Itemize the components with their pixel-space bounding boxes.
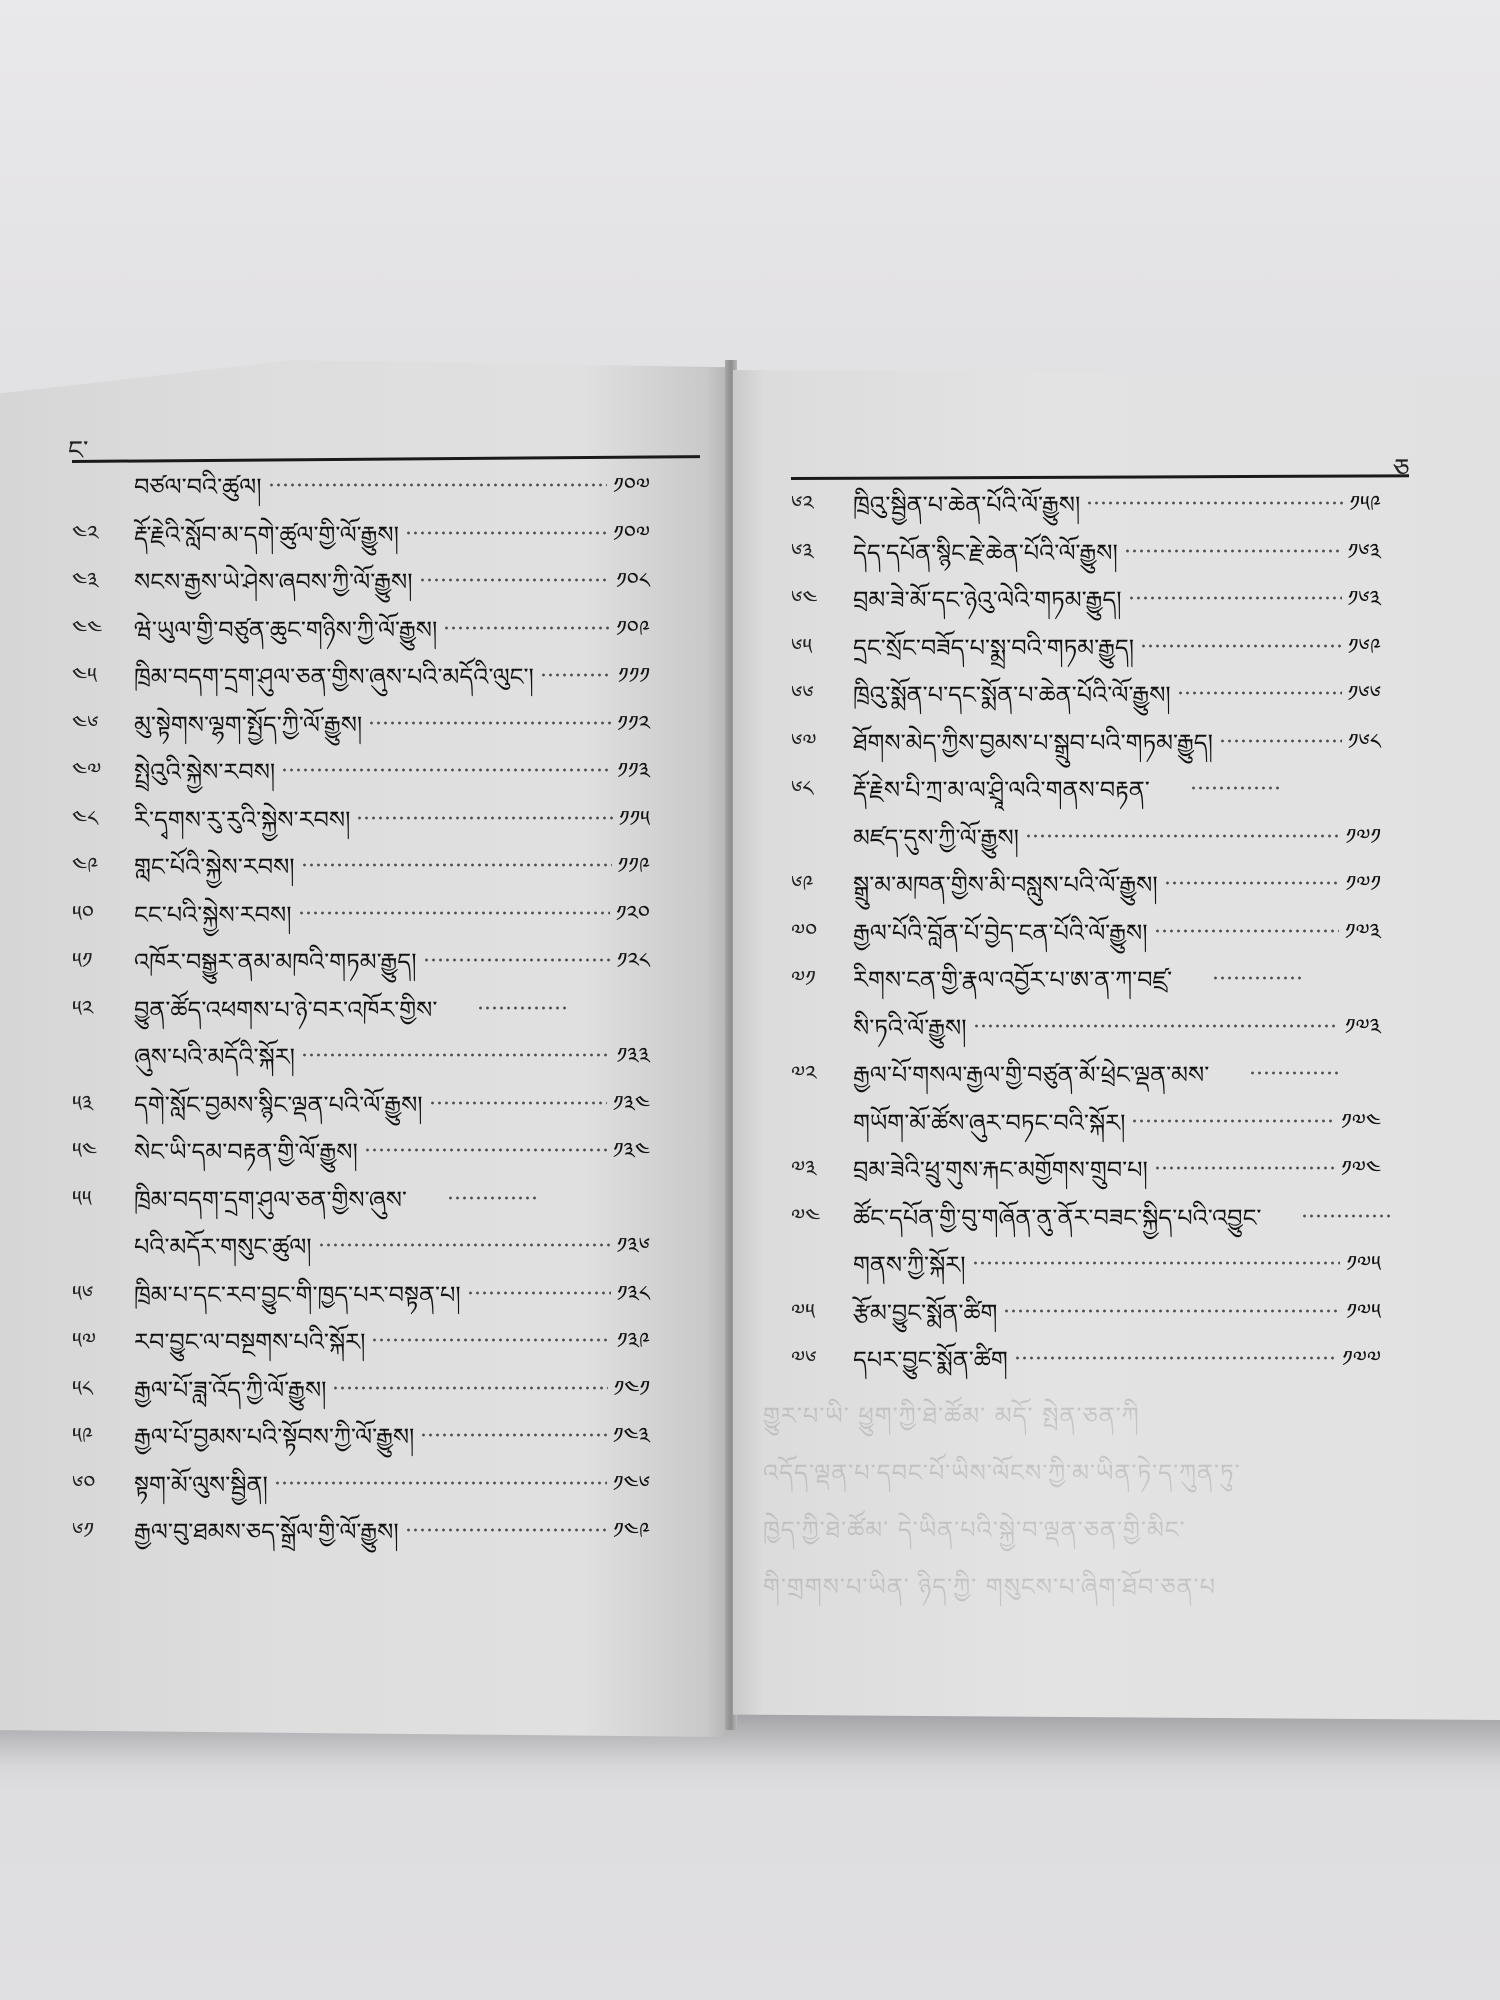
entry-title: གནས་ཀྱི་སྐོར། [853, 1242, 966, 1288]
dot-leader [1131, 1119, 1335, 1123]
entry-page-number: ༡༧༤ [1341, 1147, 1381, 1193]
entry-title: ཐོགས་མེད་ཀྱིས་བྱམས་པ་སྒྲུབ་པའི་གཏམ་རྒྱུད… [853, 720, 1213, 766]
entry-title: ཝེ་ཡུལ་གྱི་བཙུན་ཆུང་གཉིས་ཀྱི་ལོ་རྒྱུས། [134, 607, 437, 653]
entry-page-number: ༡༣༤ [613, 1082, 650, 1128]
entry-number: ༦༧ [791, 720, 853, 766]
dot-leader [371, 1338, 610, 1342]
entry-title: རྒྱལ་པོ་ཟླ་འོད་ཀྱི་ལོ་རྒྱུས། [134, 1367, 326, 1413]
toc-entry[interactable]: ༦༥ དྲང་སྲོང་བཟོད་པ་སྨྲ་བའི་གཏམ་རྒྱུད། ༡༦… [791, 625, 1381, 671]
dot-leader [972, 1261, 1341, 1265]
dot-leader [1128, 596, 1342, 600]
toc-entry[interactable]: ༦༢ ཁྲིའུ་སྦྱིན་པ་ཆེན་པོའི་ལོ་རྒྱུས། ༡༥༩ [791, 482, 1381, 528]
entry-page-number: ༡༥༩ [1349, 482, 1381, 528]
dot-leader [301, 863, 612, 867]
entry-page-number: ༡༣༤ [613, 1129, 650, 1175]
entry-title: སྤྲེའུའི་སྐྱེས་རབས། [134, 749, 275, 795]
entry-title: འཁོར་བསྒྱུར་ནམ་མཁའི་གཏམ་རྒྱུད། [134, 939, 417, 985]
entry-page-number: ༡༦༩ [1348, 625, 1381, 671]
entry-page-number: ༡༤༦ [613, 1462, 650, 1508]
entry-number: ༦༦ [791, 672, 853, 718]
entry-title: བཙལ་བའི་ཚུལ། [134, 464, 262, 510]
entry-page-number: ༡༣༦ [617, 1224, 650, 1270]
entry-page-number: ༡༡༩ [618, 844, 650, 890]
entry-page-number: ༡༧༥ [1346, 1290, 1381, 1336]
toc-entry[interactable]: ༥༡ འཁོར་བསྒྱུར་ནམ་མཁའི་གཏམ་རྒྱུད། ༡༢༨ [72, 939, 650, 985]
toc-entry[interactable]: གཡོག་མོ་ཚོས་ཞུར་བཏང་བའི་སྐོར། ༡༧༤ [791, 1100, 1381, 1146]
entry-title: སངས་རྒྱས་ཡེ་ཤེས་ཞབས་ཀྱི་ལོ་རྒྱུས། [134, 559, 413, 605]
entry-number: ༦༡ [72, 1509, 134, 1555]
entry-title: རྒྱལ་པོ་བྱམས་པའི་སྟོབས་ཀྱི་ལོ་རྒྱུས། [134, 1414, 414, 1460]
toc-entry[interactable]: པའི་མདོར་གསུང་ཚུལ། ༡༣༦ [72, 1224, 650, 1270]
entry-page-number: ༡༡༢ [617, 702, 650, 748]
dot-leader [1164, 881, 1340, 885]
entry-title: སྟག་མོ་ལུས་སྦྱིན། [134, 1462, 268, 1508]
dot-leader [419, 578, 611, 582]
toc-entry[interactable]: ༧༣ བྲམ་ཟེའི་ཕྲུ་གུས་རྐང་མགྱོགས་གྲུབ་པ། ༡… [791, 1147, 1381, 1193]
entry-number: ༥༡ [72, 939, 134, 985]
entry-title: དྲང་སྲོང་བཟོད་པ་སྨྲ་བའི་གཏམ་རྒྱུད། [853, 625, 1134, 671]
entry-page-number: ༡༤༡ [614, 1367, 650, 1413]
entry-number: ༦༩ [791, 862, 853, 908]
entry-title: ཞུས་པའི་མདོའི་སྐོར། [134, 1034, 295, 1080]
toc-entry[interactable]: ༥༦ ཁྲིམ་པ་དང་རབ་བྱུང་གི་ཁྱད་པར་བསྟན་པ། ༡… [72, 1272, 650, 1318]
entry-page-number: ༡༣༩ [617, 1319, 650, 1365]
entry-title: རྒྱལ་པོ་གསལ་རྒྱལ་གྱི་བཙུན་མོ་ཕྲེང་ལྡན་མས… [853, 1052, 1209, 1098]
table-of-contents-right: ༦༢ ཁྲིའུ་སྦྱིན་པ་ཆེན་པོའི་ལོ་རྒྱུས། ༡༥༩ … [791, 478, 1381, 1378]
dot-leader [1177, 691, 1342, 695]
entry-title: ངང་པའི་སྐྱེས་རབས། [134, 892, 292, 938]
entry-title: མུ་སྟེགས་ལྷག་སྤྱོད་ཀྱི་ལོ་རྒྱུས། [134, 702, 362, 748]
toc-entry[interactable]: ༧༠ རྒྱལ་པོའི་བློན་པོ་བྱེད་ངན་པོའི་ལོ་རྒྱ… [791, 910, 1381, 956]
entry-number: ༥༦ [72, 1272, 134, 1318]
entry-page-number: ༡༢༨ [617, 939, 650, 985]
dot-leader [1025, 834, 1340, 838]
entry-page-number: ༡༧༡ [1346, 862, 1381, 908]
entry-page-number: ༡༦༦ [1348, 672, 1381, 718]
entry-number: ༥༢ [72, 987, 134, 1033]
toc-entry[interactable]: ༥༢ བྱུན་ཚོད་འཕགས་པ་ཉེ་བར་འཁོར་གྱིས་ [72, 987, 650, 1033]
entry-number: ༥༨ [72, 1367, 134, 1413]
entry-title: ཚོང་དཔོན་གྱི་བུ་གཞོན་ནུ་ནོར་བཟང་སྐྱིད་པའ… [853, 1195, 1261, 1241]
table-of-contents-left: བཙལ་བའི་ཚུལ། ༡༠༧ ༤༢ རྡོ་རྗེའི་སློབ་མ་དགེ… [72, 460, 650, 1600]
entry-number: ༧༤ [791, 1195, 853, 1241]
entry-number: ༥༧ [72, 1319, 134, 1365]
entry-number: ༧༦ [791, 1337, 853, 1383]
entry-page-number: ༡༠༧ [613, 512, 650, 558]
entry-title: དགེ་སློང་བྱམས་སྙིང་ལྡན་པའི་ལོ་རྒྱུས། [134, 1082, 423, 1128]
dot-leader [1086, 501, 1343, 505]
entry-number: ༤༧ [72, 749, 134, 795]
dot-leader [540, 673, 612, 677]
toc-entry[interactable]: ༦༠ སྟག་མོ་ལུས་སྦྱིན། ༡༤༦ [72, 1462, 650, 1508]
entry-title: ཁྲིམ་པ་དང་རབ་བྱུང་གི་ཁྱད་པར་བསྟན་པ། [134, 1272, 461, 1318]
entry-number: ༦༠ [72, 1462, 134, 1508]
entry-page-number: ༡༠༨ [616, 559, 650, 605]
dot-leader [405, 531, 607, 535]
entry-number: ༥༩ [72, 1414, 134, 1460]
entry-title: བྱུན་ཚོད་འཕགས་པ་ཉེ་བར་འཁོར་གྱིས་ [134, 987, 437, 1033]
entry-number: ༥༣ [72, 1082, 134, 1128]
entry-title: རབ་བྱུང་ལ་བསྔགས་པའི་སྐོར། [134, 1319, 365, 1365]
entry-page-number: ༡༣༨ [617, 1272, 650, 1318]
entry-page-number: ༡༠༧ [613, 464, 650, 510]
toc-entry[interactable]: གནས་ཀྱི་སྐོར། ༡༧༥ [791, 1242, 1381, 1288]
toc-entry[interactable]: ༦༣ དེད་དཔོན་སྙིང་རྗེ་ཆེན་པོའི་ལོ་རྒྱུས། … [791, 530, 1381, 576]
entry-title: རྡོ་རྗེའི་སློབ་མ་དགེ་ཚུལ་གྱི་ལོ་རྒྱུས། [134, 512, 399, 558]
dot-leader [332, 1386, 607, 1390]
entry-page-number: ༡༧༧ [1342, 1337, 1381, 1383]
entry-title: རྒྱལ་བུ་ཐམས་ཅད་སྒྲོལ་གྱི་ལོ་རྒྱུས། [134, 1509, 399, 1555]
entry-page-number: ༡༧༣ [1345, 910, 1381, 956]
entry-page-number: ༡༧༣ [1345, 1005, 1381, 1051]
entry-number: ༤༤ [72, 607, 134, 653]
entry-number: ༤༣ [72, 559, 134, 605]
toc-entry[interactable]: ༥༨ རྒྱལ་པོ་ཟླ་འོད་ཀྱི་ལོ་རྒྱུས། ༡༤༡ [72, 1367, 650, 1413]
entry-title: སྒྲུ་མ་མཁན་གྱིས་མི་བསླུས་པའི་ལོ་རྒྱུས། [853, 862, 1158, 908]
dot-leader [1212, 976, 1302, 980]
entry-page-number: ༡༤༣ [613, 1414, 650, 1460]
dot-leader [1154, 929, 1339, 933]
entry-title: དེད་དཔོན་སྙིང་རྗེ་ཆེན་པོའི་ལོ་རྒྱུས། [853, 530, 1118, 576]
entry-page-number: ༡༦༨ [1348, 720, 1381, 766]
entry-title: མཛད་དུས་ཀྱི་ལོ་རྒྱུས། [853, 815, 1019, 861]
dot-leader [477, 1006, 567, 1010]
entry-number: ༧༢ [791, 1052, 853, 1098]
entry-page-number: ༡༦༣ [1348, 577, 1381, 623]
entry-number: ༧༠ [791, 910, 853, 956]
entry-number: ༦༤ [791, 577, 853, 623]
toc-entry[interactable]: སི་ཏའི་ལོ་རྒྱུས། ༡༧༣ [791, 1005, 1381, 1051]
toc-entry[interactable]: ༦༨ རྡོ་རྗེས་པི་ཀྲ་མ་ལ་ཤྲཱི་ལའི་གནས་བརྟན་ [791, 767, 1381, 813]
toc-entry[interactable]: ༤༩ གླང་པོའི་སྐྱེས་རབས། ༡༡༩ [72, 844, 650, 890]
toc-entry[interactable]: ༧༥ རྩོམ་བྱུང་སྨོན་ཚིག ༡༧༥ [791, 1290, 1381, 1336]
entry-title: བྲམ་ཟེའི་ཕྲུ་གུས་རྐང་མགྱོགས་གྲུབ་པ། [853, 1147, 1148, 1193]
toc-entry[interactable]: ༧༤ ཚོང་དཔོན་གྱི་བུ་གཞོན་ནུ་ནོར་བཟང་སྐྱིད… [791, 1195, 1381, 1241]
entry-title: པའི་མདོར་གསུང་ཚུལ། [134, 1224, 312, 1270]
toc-entry[interactable]: ༥༧ རབ་བྱུང་ལ་བསྔགས་པའི་སྐོར། ༡༣༩ [72, 1319, 650, 1365]
dot-leader [1140, 644, 1342, 648]
dot-leader [1124, 549, 1342, 553]
dot-leader [405, 1528, 607, 1532]
toc-entry[interactable]: ༤༧ སྤྲེའུའི་སྐྱེས་རབས། ༡༡༣ [72, 749, 650, 795]
entry-number: ༤༢ [72, 512, 134, 558]
entry-page-number: ༡༡༡ [618, 654, 650, 700]
toc-entry[interactable]: ༥༩ རྒྱལ་པོ་བྱམས་པའི་སྟོབས་ཀྱི་ལོ་རྒྱུས། … [72, 1414, 650, 1460]
toc-entry[interactable]: ༦༩ སྒྲུ་མ་མཁན་གྱིས་མི་བསླུས་པའི་ལོ་རྒྱུས… [791, 862, 1381, 908]
entry-page-number: ༡༧༥ [1346, 1242, 1381, 1288]
entry-number: ༧༡ [791, 957, 853, 1003]
dot-leader [1014, 1356, 1336, 1360]
entry-number: ༦༨ [791, 767, 853, 813]
toc-entry[interactable]: བཙལ་བའི་ཚུལ། ༡༠༧ [72, 464, 650, 510]
dot-leader [467, 1291, 611, 1295]
dot-leader [1190, 786, 1280, 790]
dot-leader [973, 1024, 1339, 1028]
entry-number: ༤༦ [72, 702, 134, 748]
entry-page-number: ༡༣༣ [617, 1034, 650, 1080]
entry-page-number: ༡༦༣ [1348, 530, 1381, 576]
toc-entry[interactable]: ༤༢ རྡོ་རྗེའི་སློབ་མ་དགེ་ཚུལ་གྱི་ལོ་རྒྱུས… [72, 512, 650, 558]
toc-entry[interactable]: ༥༠ ངང་པའི་སྐྱེས་རབས། ༡༢༠ [72, 892, 650, 938]
entry-title: ཁྲིམ་བདག་དྲག་ཤུལ་ཅན་གྱིས་ཞུས་ [134, 1177, 407, 1223]
left-page: ང་ བཙལ་བའི་ཚུལ། ༡༠༧ ༤༢ རྡོ་རྗེའི་སློབ་མ་… [0, 352, 728, 1737]
right-page: ཅ ༦༢ ཁྲིའུ་སྦྱིན་པ་ཆེན་པོའི་ལོ་རྒྱུས། ༡༥… [733, 370, 1500, 1720]
entry-page-number: ༡༡༣ [617, 749, 650, 795]
entry-title: གཡོག་མོ་ཚོས་ཞུར་བཏང་བའི་སྐོར། [853, 1100, 1125, 1146]
toc-entry[interactable]: ༤༥ ཁྲིམ་བདག་དྲག་ཤུལ་ཅན་གྱིས་ཞུས་པའི་མདོའ… [72, 654, 650, 700]
entry-number: ༥༤ [72, 1129, 134, 1175]
toc-entry[interactable]: ༧༡ རིགས་ངན་གྱི་རྣལ་འབྱོར་པ་ཨ་ན་ཀ་བཛྲ་ [791, 957, 1381, 1003]
entry-title: སི་ཏའི་ལོ་རྒྱུས། [853, 1005, 967, 1051]
toc-entry[interactable]: ༤༦ མུ་སྟེགས་ལྷག་སྤྱོད་ཀྱི་ལོ་རྒྱུས། ༡༡༢ [72, 702, 650, 748]
dot-leader [268, 483, 608, 487]
entry-title: སེང་ཡི་དམ་བརྟན་གྱི་ལོ་རྒྱུས། [134, 1129, 358, 1175]
entry-number: ༦༢ [791, 482, 853, 528]
dot-leader [1003, 1309, 1340, 1313]
toc-entry[interactable]: ༧༢ རྒྱལ་པོ་གསལ་རྒྱལ་གྱི་བཙུན་མོ་ཕྲེང་ལྡན… [791, 1052, 1381, 1098]
entry-page-number: ༡༧༤ [1341, 1100, 1381, 1146]
toc-entry[interactable]: ཞུས་པའི་མདོའི་སྐོར། ༡༣༣ [72, 1034, 650, 1080]
entry-title: དཔར་བྱུང་སྨོན་ཚིག [853, 1337, 1008, 1383]
dot-leader [281, 768, 611, 772]
entry-title: རྡོ་རྗེས་པི་ཀྲ་མ་ལ་ཤྲཱི་ལའི་གནས་བརྟན་ [853, 767, 1150, 813]
dot-leader [368, 721, 611, 725]
toc-entry[interactable]: ༥༥ ཁྲིམ་བདག་དྲག་ཤུལ་ཅན་གྱིས་ཞུས་ [72, 1177, 650, 1223]
dot-leader [364, 1148, 607, 1152]
dot-leader [301, 1053, 611, 1057]
dot-leader [1154, 1166, 1335, 1170]
entry-title: རི་དྭགས་རུ་རུའི་སྐྱེས་རབས། [134, 797, 350, 843]
dot-leader [298, 911, 610, 915]
dot-leader [423, 958, 611, 962]
dot-leader [1249, 1071, 1339, 1075]
toc-entry[interactable]: ༦༡ རྒྱལ་བུ་ཐམས་ཅད་སྒྲོལ་གྱི་ལོ་རྒྱུས། ༡༤… [72, 1509, 650, 1555]
entry-title: གླང་པོའི་སྐྱེས་རབས། [134, 844, 295, 890]
dot-leader [356, 816, 612, 820]
toc-entry[interactable]: ༦༧ ཐོགས་མེད་ཀྱིས་བྱམས་པ་སྒྲུབ་པའི་གཏམ་རྒ… [791, 720, 1381, 766]
toc-entry[interactable]: ༤༣ སངས་རྒྱས་ཡེ་ཤེས་ཞབས་ཀྱི་ལོ་རྒྱུས། ༡༠༨ [72, 559, 650, 605]
dot-leader [274, 1481, 607, 1485]
dot-leader [1301, 1214, 1391, 1218]
dot-leader [420, 1433, 607, 1437]
entry-title: ཁྲིའུ་སྦྱིན་པ་ཆེན་པོའི་ལོ་རྒྱུས། [853, 482, 1080, 528]
toc-entry[interactable]: ༤༨ རི་དྭགས་རུ་རུའི་སྐྱེས་རབས། ༡༡༥ [72, 797, 650, 843]
toc-entry[interactable]: ༥༣ དགེ་སློང་བྱམས་སྙིང་ལྡན་པའི་ལོ་རྒྱུས། … [72, 1082, 650, 1128]
dot-leader [429, 1101, 607, 1105]
toc-entry[interactable]: ༥༤ སེང་ཡི་དམ་བརྟན་གྱི་ལོ་རྒྱུས། ༡༣༤ [72, 1129, 650, 1175]
entry-title: རྒྱལ་པོའི་བློན་པོ་བྱེད་ངན་པོའི་ལོ་རྒྱུས། [853, 910, 1148, 956]
entry-page-number: ༡༧༡ [1346, 815, 1381, 861]
entry-number: ༤༥ [72, 654, 134, 700]
entry-number: ༥༥ [72, 1177, 134, 1223]
entry-number: ༦༥ [791, 625, 853, 671]
entry-title: བྲམ་ཟེ་མོ་དང་ཉེའུ་ལེའི་གཏམ་རྒྱུད། [853, 577, 1122, 623]
entry-number: ༥༠ [72, 892, 134, 938]
entry-number: ༤༨ [72, 797, 134, 843]
toc-entry[interactable]: ༦༤ བྲམ་ཟེ་མོ་དང་ཉེའུ་ལེའི་གཏམ་རྒྱུད། ༡༦༣ [791, 577, 1381, 623]
entry-page-number: ༡༠༩ [616, 607, 650, 653]
toc-entry[interactable]: ༧༦ དཔར་བྱུང་སྨོན་ཚིག ༡༧༧ [791, 1337, 1381, 1383]
entry-number: ༧༥ [791, 1290, 853, 1336]
toc-entry[interactable]: མཛད་དུས་ཀྱི་ལོ་རྒྱུས། ༡༧༡ [791, 815, 1381, 861]
dot-leader [443, 626, 610, 630]
entry-title: རྩོམ་བྱུང་སྨོན་ཚིག [853, 1290, 997, 1336]
entry-number: ༧༣ [791, 1147, 853, 1193]
toc-entry[interactable]: ༦༦ ཁྲིའུ་སྨོན་པ་དང་སྨོན་པ་ཆེན་པོའི་ལོ་རྒ… [791, 672, 1381, 718]
entry-title: ཁྲིམ་བདག་དྲག་ཤུལ་ཅན་གྱིས་ཞུས་པའི་མདོའི་ལ… [134, 654, 534, 700]
dot-leader [1219, 739, 1342, 743]
entry-title: རིགས་ངན་གྱི་རྣལ་འབྱོར་པ་ཨ་ན་ཀ་བཛྲ་ [853, 957, 1172, 1003]
entry-title: ཁྲིའུ་སྨོན་པ་དང་སྨོན་པ་ཆེན་པོའི་ལོ་རྒྱུས… [853, 672, 1171, 718]
entry-number: ༦༣ [791, 530, 853, 576]
dot-leader [447, 1196, 537, 1200]
entry-page-number: ༡༤༩ [613, 1509, 650, 1555]
bleed-through-line: གི་གྲགས་པ་ཡིན་ ཉིད་ཀྱི་ གསུངས་པ་ཞིག་ཐོབ་… [763, 1561, 1393, 1628]
dot-leader [318, 1243, 611, 1247]
entry-page-number: ༡༢༠ [616, 892, 650, 938]
toc-entry[interactable]: ༤༤ ཝེ་ཡུལ་གྱི་བཙུན་ཆུང་གཉིས་ཀྱི་ལོ་རྒྱུས… [72, 607, 650, 653]
entry-number: ༤༩ [72, 844, 134, 890]
entry-page-number: ༡༡༥ [619, 797, 650, 843]
